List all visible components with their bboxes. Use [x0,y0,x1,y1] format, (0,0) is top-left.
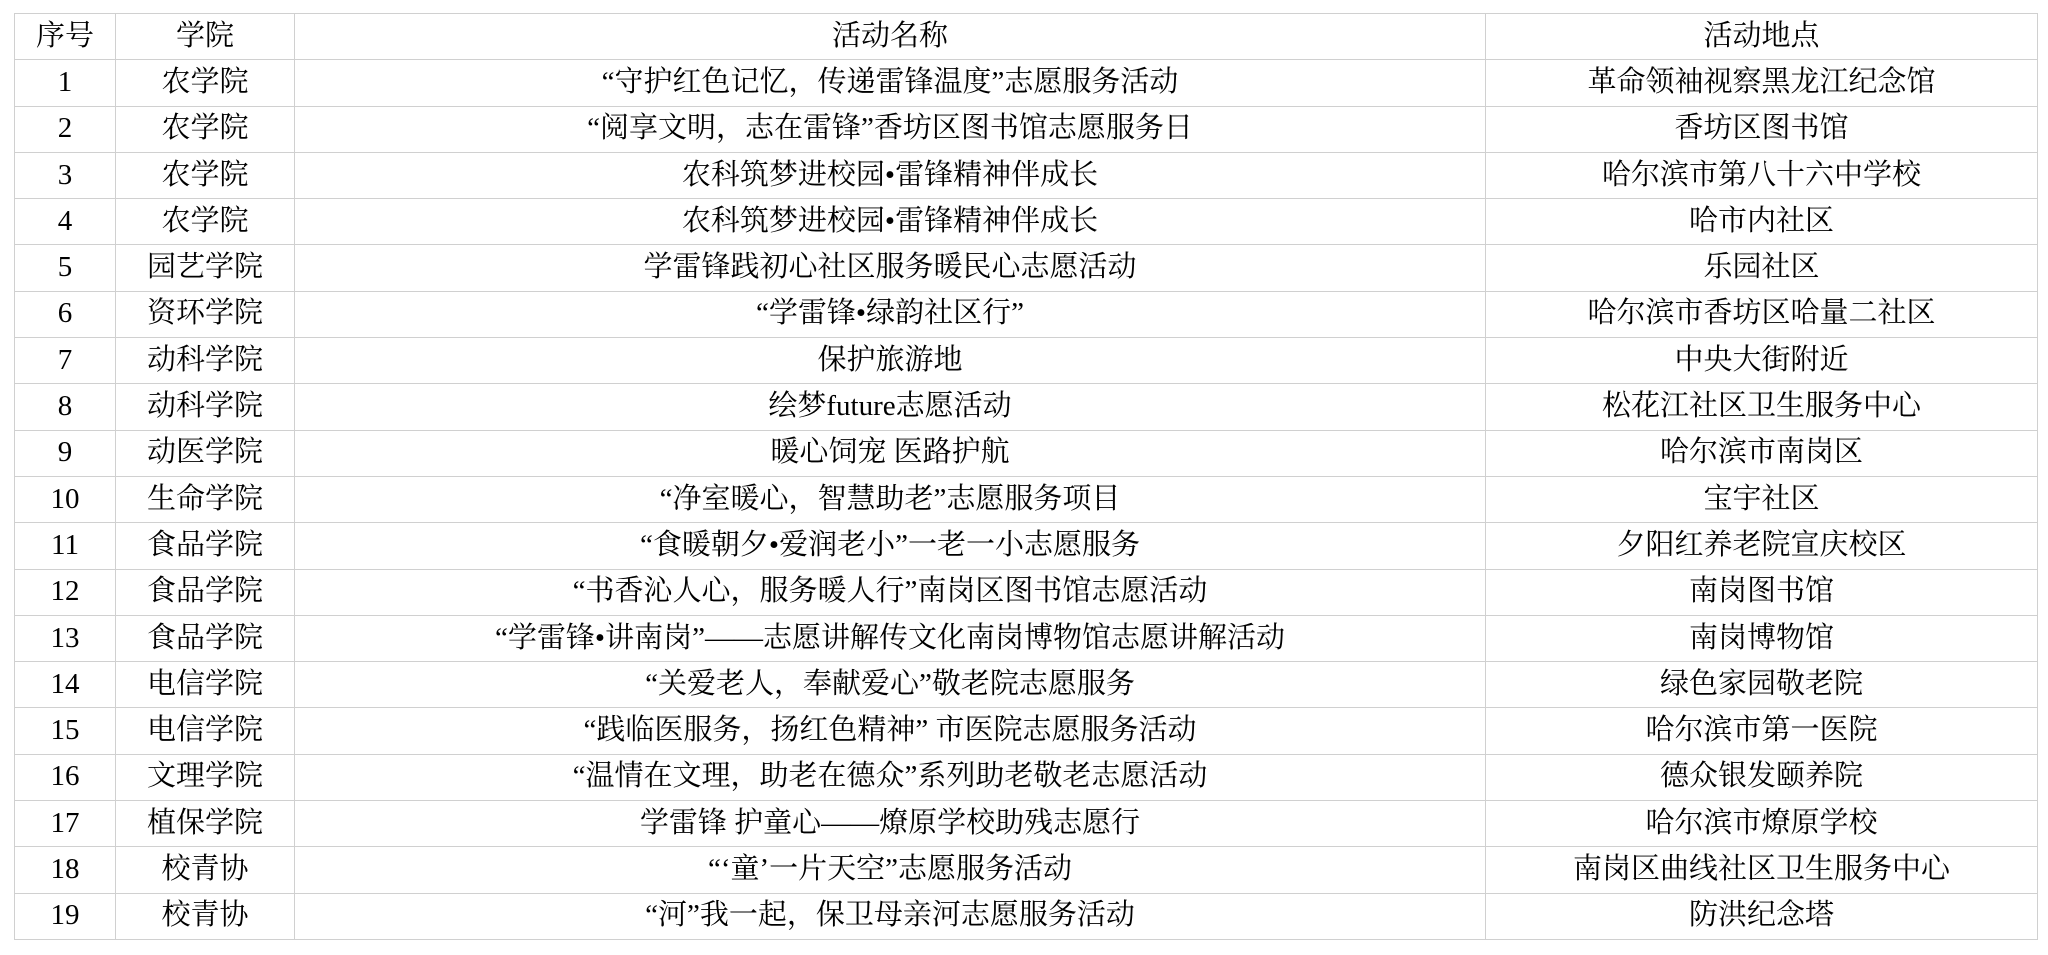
cell-location: 德众银发颐养院 [1486,754,2038,800]
table-row: 9 动医学院 暖心饲宠 医路护航 哈尔滨市南岗区 [15,430,2038,476]
cell-location: 夕阳红养老院宣庆校区 [1486,523,2038,569]
cell-location: 乐园社区 [1486,245,2038,291]
cell-activity: “书香沁人心，服务暖人行”南岗区图书馆志愿活动 [295,569,1486,615]
table-row: 4 农学院 农科筑梦进校园•雷锋精神伴成长 哈市内社区 [15,199,2038,245]
cell-activity: “关爱老人，奉献爱心”敬老院志愿服务 [295,662,1486,708]
cell-index: 19 [15,893,116,939]
cell-college: 植保学院 [116,801,295,847]
cell-college: 校青协 [116,847,295,893]
cell-location: 香坊区图书馆 [1486,106,2038,152]
cell-index: 13 [15,615,116,661]
cell-index: 1 [15,60,116,106]
table-row: 7 动科学院 保护旅游地 中央大街附近 [15,338,2038,384]
table-row: 10 生命学院 “净室暖心，智慧助老”志愿服务项目 宝宇社区 [15,476,2038,522]
cell-activity: 农科筑梦进校园•雷锋精神伴成长 [295,199,1486,245]
cell-index: 4 [15,199,116,245]
cell-activity: 学雷锋践初心社区服务暖民心志愿活动 [295,245,1486,291]
cell-activity: “食暖朝夕•爱润老小”一老一小志愿服务 [295,523,1486,569]
cell-activity: 学雷锋 护童心——燎原学校助残志愿行 [295,801,1486,847]
cell-location: 哈尔滨市香坊区哈量二社区 [1486,291,2038,337]
cell-activity: “学雷锋•绿韵社区行” [295,291,1486,337]
activities-table: 序号 学院 活动名称 活动地点 1 农学院 “守护红色记忆，传递雷锋温度”志愿服… [14,13,2038,940]
cell-location: 绿色家园敬老院 [1486,662,2038,708]
cell-index: 2 [15,106,116,152]
cell-index: 17 [15,801,116,847]
cell-activity: “‘童’一片天空”志愿服务活动 [295,847,1486,893]
cell-college: 农学院 [116,106,295,152]
cell-college: 农学院 [116,60,295,106]
cell-location: 哈尔滨市燎原学校 [1486,801,2038,847]
cell-activity: “践临医服务，扬红色精神” 市医院志愿服务活动 [295,708,1486,754]
cell-index: 3 [15,152,116,198]
col-header-index: 序号 [15,14,116,60]
cell-activity: 农科筑梦进校园•雷锋精神伴成长 [295,152,1486,198]
cell-index: 7 [15,338,116,384]
cell-index: 9 [15,430,116,476]
cell-college: 食品学院 [116,615,295,661]
cell-activity: 绘梦future志愿活动 [295,384,1486,430]
cell-index: 16 [15,754,116,800]
cell-college: 动科学院 [116,384,295,430]
cell-college: 农学院 [116,152,295,198]
cell-college: 文理学院 [116,754,295,800]
table-row: 1 农学院 “守护红色记忆，传递雷锋温度”志愿服务活动 革命领袖视察黑龙江纪念馆 [15,60,2038,106]
page: 序号 学院 活动名称 活动地点 1 农学院 “守护红色记忆，传递雷锋温度”志愿服… [0,0,2048,955]
cell-index: 18 [15,847,116,893]
cell-college: 食品学院 [116,523,295,569]
cell-location: 革命领袖视察黑龙江纪念馆 [1486,60,2038,106]
table-row: 19 校青协 “河”我一起，保卫母亲河志愿服务活动 防洪纪念塔 [15,893,2038,939]
col-header-activity: 活动名称 [295,14,1486,60]
cell-location: 松花江社区卫生服务中心 [1486,384,2038,430]
cell-index: 14 [15,662,116,708]
cell-college: 动科学院 [116,338,295,384]
cell-index: 15 [15,708,116,754]
table-row: 18 校青协 “‘童’一片天空”志愿服务活动 南岗区曲线社区卫生服务中心 [15,847,2038,893]
cell-activity: “守护红色记忆，传递雷锋温度”志愿服务活动 [295,60,1486,106]
table-row: 2 农学院 “阅享文明，志在雷锋”香坊区图书馆志愿服务日 香坊区图书馆 [15,106,2038,152]
cell-college: 农学院 [116,199,295,245]
cell-activity: “阅享文明，志在雷锋”香坊区图书馆志愿服务日 [295,106,1486,152]
table-row: 14 电信学院 “关爱老人，奉献爱心”敬老院志愿服务 绿色家园敬老院 [15,662,2038,708]
cell-college: 电信学院 [116,662,295,708]
cell-index: 5 [15,245,116,291]
table-row: 13 食品学院 “学雷锋•讲南岗”——志愿讲解传文化南岗博物馆志愿讲解活动 南岗… [15,615,2038,661]
table-row: 16 文理学院 “温情在文理，助老在德众”系列助老敬老志愿活动 德众银发颐养院 [15,754,2038,800]
cell-college: 动医学院 [116,430,295,476]
col-header-college: 学院 [116,14,295,60]
table-row: 17 植保学院 学雷锋 护童心——燎原学校助残志愿行 哈尔滨市燎原学校 [15,801,2038,847]
cell-activity: “学雷锋•讲南岗”——志愿讲解传文化南岗博物馆志愿讲解活动 [295,615,1486,661]
cell-location: 南岗图书馆 [1486,569,2038,615]
table-row: 12 食品学院 “书香沁人心，服务暖人行”南岗区图书馆志愿活动 南岗图书馆 [15,569,2038,615]
cell-location: 哈尔滨市南岗区 [1486,430,2038,476]
table-row: 6 资环学院 “学雷锋•绿韵社区行” 哈尔滨市香坊区哈量二社区 [15,291,2038,337]
table-row: 11 食品学院 “食暖朝夕•爱润老小”一老一小志愿服务 夕阳红养老院宣庆校区 [15,523,2038,569]
cell-location: 哈尔滨市第一医院 [1486,708,2038,754]
table-row: 8 动科学院 绘梦future志愿活动 松花江社区卫生服务中心 [15,384,2038,430]
cell-activity: “净室暖心，智慧助老”志愿服务项目 [295,476,1486,522]
cell-index: 8 [15,384,116,430]
table-row: 15 电信学院 “践临医服务，扬红色精神” 市医院志愿服务活动 哈尔滨市第一医院 [15,708,2038,754]
cell-activity: 暖心饲宠 医路护航 [295,430,1486,476]
cell-location: 南岗博物馆 [1486,615,2038,661]
cell-college: 食品学院 [116,569,295,615]
col-header-location: 活动地点 [1486,14,2038,60]
cell-activity: 保护旅游地 [295,338,1486,384]
cell-college: 生命学院 [116,476,295,522]
cell-location: 南岗区曲线社区卫生服务中心 [1486,847,2038,893]
cell-location: 哈市内社区 [1486,199,2038,245]
cell-index: 11 [15,523,116,569]
cell-activity: “河”我一起，保卫母亲河志愿服务活动 [295,893,1486,939]
header-row: 序号 学院 活动名称 活动地点 [15,14,2038,60]
cell-index: 12 [15,569,116,615]
cell-activity: “温情在文理，助老在德众”系列助老敬老志愿活动 [295,754,1486,800]
cell-college: 资环学院 [116,291,295,337]
cell-college: 电信学院 [116,708,295,754]
cell-college: 园艺学院 [116,245,295,291]
cell-location: 哈尔滨市第八十六中学校 [1486,152,2038,198]
cell-index: 10 [15,476,116,522]
cell-college: 校青协 [116,893,295,939]
table-body: 1 农学院 “守护红色记忆，传递雷锋温度”志愿服务活动 革命领袖视察黑龙江纪念馆… [15,60,2038,940]
cell-location: 防洪纪念塔 [1486,893,2038,939]
table-row: 5 园艺学院 学雷锋践初心社区服务暖民心志愿活动 乐园社区 [15,245,2038,291]
cell-location: 宝宇社区 [1486,476,2038,522]
table-row: 3 农学院 农科筑梦进校园•雷锋精神伴成长 哈尔滨市第八十六中学校 [15,152,2038,198]
cell-location: 中央大街附近 [1486,338,2038,384]
cell-index: 6 [15,291,116,337]
